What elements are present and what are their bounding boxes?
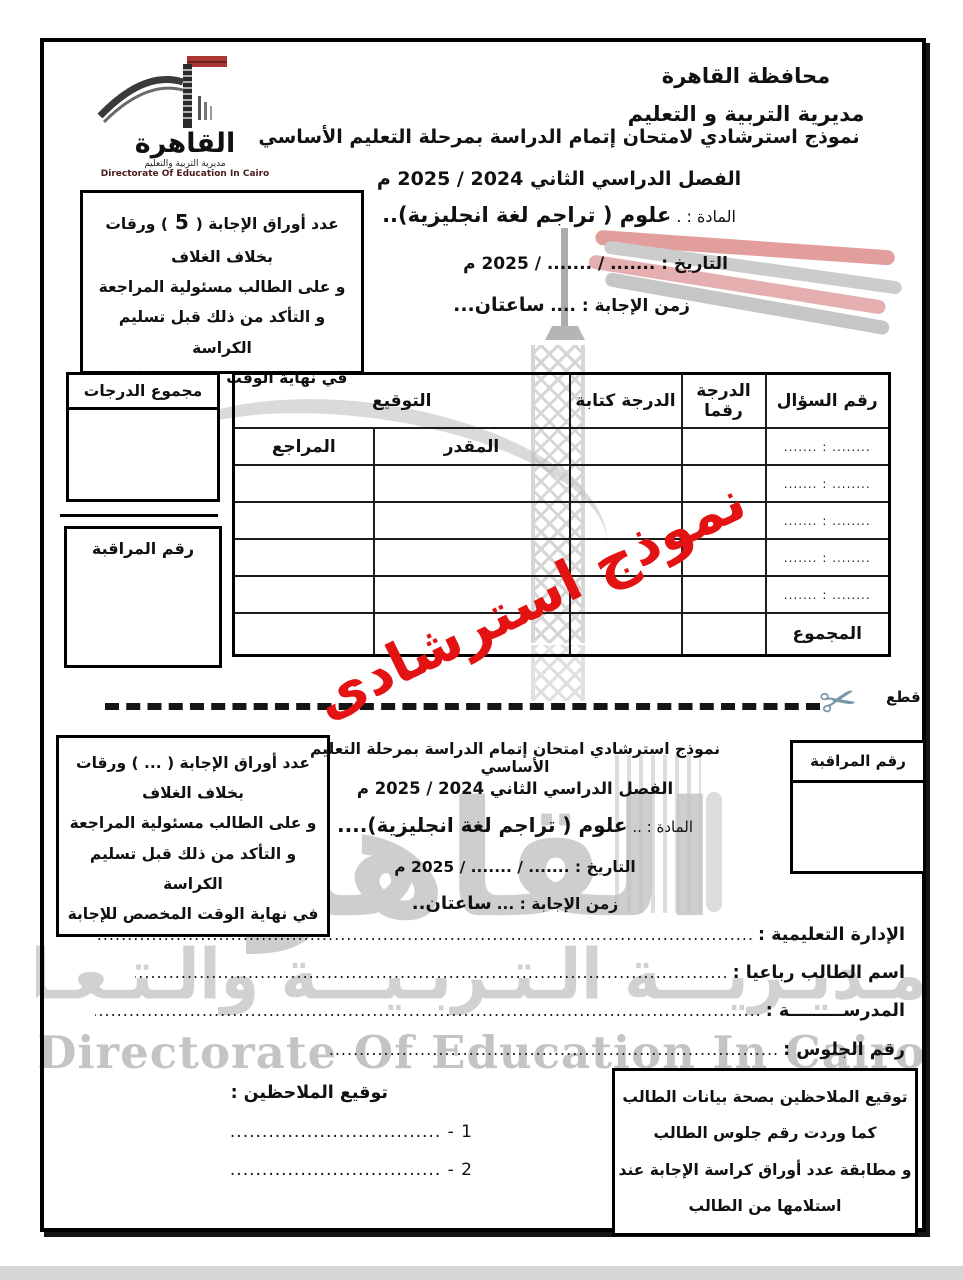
question-cell: ........ : ....... — [766, 428, 890, 465]
col-question-number: رقم السؤال — [766, 374, 890, 429]
answer-time-value: ساعتان.. — [412, 893, 492, 914]
answer-sheets-notice-box: عدد أوراق الإجابة ( 5 ) ورقات بخلاف الغل… — [80, 190, 364, 374]
subject-value: علوم ( تراجم لغة انجليزية).... — [337, 813, 628, 837]
cut-label: قطع — [886, 688, 921, 706]
question-cell: ........ : ....... — [766, 465, 890, 502]
field-education-admin: الإدارة التعليمية : ....................… — [95, 925, 905, 945]
observer-signature-line-2: 2 - ................................. — [188, 1160, 473, 1180]
answer-time-line: زمن الإجابة : .... ساعتان... — [340, 294, 803, 316]
field-dotted-blank: ........................................… — [135, 963, 729, 982]
notice-line: و التأكد من ذلك قبل تسليم الكراسة — [91, 302, 353, 362]
observer-signature-line-1: 1 - ................................. — [188, 1122, 473, 1142]
answer-time-value: ساعتان... — [453, 294, 545, 316]
confirmation-line: كما وردت رقم جلوس الطالب — [615, 1115, 915, 1151]
notice-line: و على الطالب مسئولية المراجعة — [67, 808, 319, 838]
subject-label: المادة : .. — [632, 818, 693, 836]
field-dotted-blank: ........................................… — [95, 925, 754, 944]
field-seat-number: رقم الجلوس : ...........................… — [330, 1040, 905, 1060]
col-signature: التوقيع — [234, 374, 570, 429]
total-label-cell: المجموع — [766, 613, 890, 656]
field-dotted-blank: ........................................… — [95, 1001, 762, 1020]
total-grades-label: مجموع الدرجات — [69, 375, 217, 410]
reviewer-header-cell: المراجع — [234, 428, 374, 465]
notice-line: و على الطالب مسئولية المراجعة — [91, 272, 353, 302]
estimator-header-cell: المقدر — [374, 428, 570, 465]
monitor-number-box: رقم المراقبة — [64, 526, 222, 668]
cairo-tower-logo-icon — [86, 54, 284, 130]
answer-sheets-notice-box-2: عدد أوراق الإجابة ( ... ) ورقات بخلاف ال… — [56, 735, 330, 937]
exam-term: الفصل الدراسي الثاني 2024 / 2025 م — [210, 168, 908, 190]
scanned-exam-cover-page: { "gov": { "line1": "محافظة القاهرة", "l… — [0, 0, 963, 1280]
question-cell: ........ : ....... — [766, 502, 890, 539]
monitor-number-label: رقم المراقبة — [793, 743, 923, 783]
sheet-count-blank: ... — [139, 754, 167, 772]
scan-bottom-strip — [0, 1266, 963, 1280]
notice-line: و التأكد من ذلك قبل تسليم الكراسة — [67, 839, 319, 899]
observers-confirmation-box: توقيع الملاحظين بصحة بيانات الطالب كما و… — [612, 1068, 918, 1236]
notice-prefix: عدد أوراق الإجابة ( — [167, 754, 310, 772]
confirmation-line: توقيع الملاحظين بصحة بيانات الطالب — [615, 1079, 915, 1115]
question-cell: ........ : ....... — [766, 576, 890, 613]
confirmation-line: و مطابقة عدد أوراق كراسة الإجابة عند — [615, 1152, 915, 1188]
field-label: رقم الجلوس : — [779, 1040, 905, 1060]
notice-prefix: عدد أوراق الإجابة ( — [196, 215, 339, 233]
field-label: المدرســـــــــة : — [762, 1001, 905, 1021]
field-school: المدرســـــــــة : .....................… — [95, 1001, 905, 1021]
side-divider-line — [60, 514, 218, 517]
field-label: اسم الطالب رباعيا : — [729, 963, 905, 983]
governorate-line: محافظة القاهرة — [581, 58, 911, 96]
answer-time-label: زمن الإجابة : .... — [550, 296, 690, 316]
field-label: الإدارة التعليمية : — [754, 925, 905, 945]
subject-line-2: المادة : .. علوم ( تراجم لغة انجليزية)..… — [300, 813, 730, 837]
answer-time-line-2: زمن الإجابة : ... ساعتان.. — [300, 893, 730, 914]
question-cell: ........ : ....... — [766, 539, 890, 576]
subject-label: المادة : . — [676, 207, 736, 226]
total-grades-box: مجموع الدرجات — [66, 372, 220, 502]
sheet-count: 5 — [168, 210, 196, 234]
field-dotted-blank: ........................................… — [330, 1040, 779, 1059]
date-line-2: التاريخ : ....... / ....... / 2025 م — [300, 858, 730, 876]
date-line: التاريخ : ....... / ....... / 2025 م — [340, 254, 851, 274]
subject-value: علوم ( تراجم لغة انجليزية).. — [382, 203, 671, 227]
cairo-education-logo: القاهرة مديرية التربية والتعليم Director… — [86, 54, 284, 179]
governorate-header: محافظة القاهرة مديرية التربية و التعليم — [581, 58, 911, 134]
monitor-number-label: رقم المراقبة — [67, 529, 219, 558]
exam-title: نموذج استرشادي لامتحان إتمام الدراسة بمر… — [210, 126, 908, 148]
field-student-name: اسم الطالب رباعيا : ....................… — [135, 963, 905, 983]
answer-time-label: زمن الإجابة : ... — [497, 895, 619, 913]
monitor-number-box-2: رقم المراقبة — [790, 740, 926, 874]
observers-signature-title: توقيع الملاحظين : — [228, 1083, 388, 1103]
table-row: ........ : ....... المقدر المراجع — [234, 428, 890, 465]
confirmation-line: استلامها من الطالب — [615, 1188, 915, 1224]
